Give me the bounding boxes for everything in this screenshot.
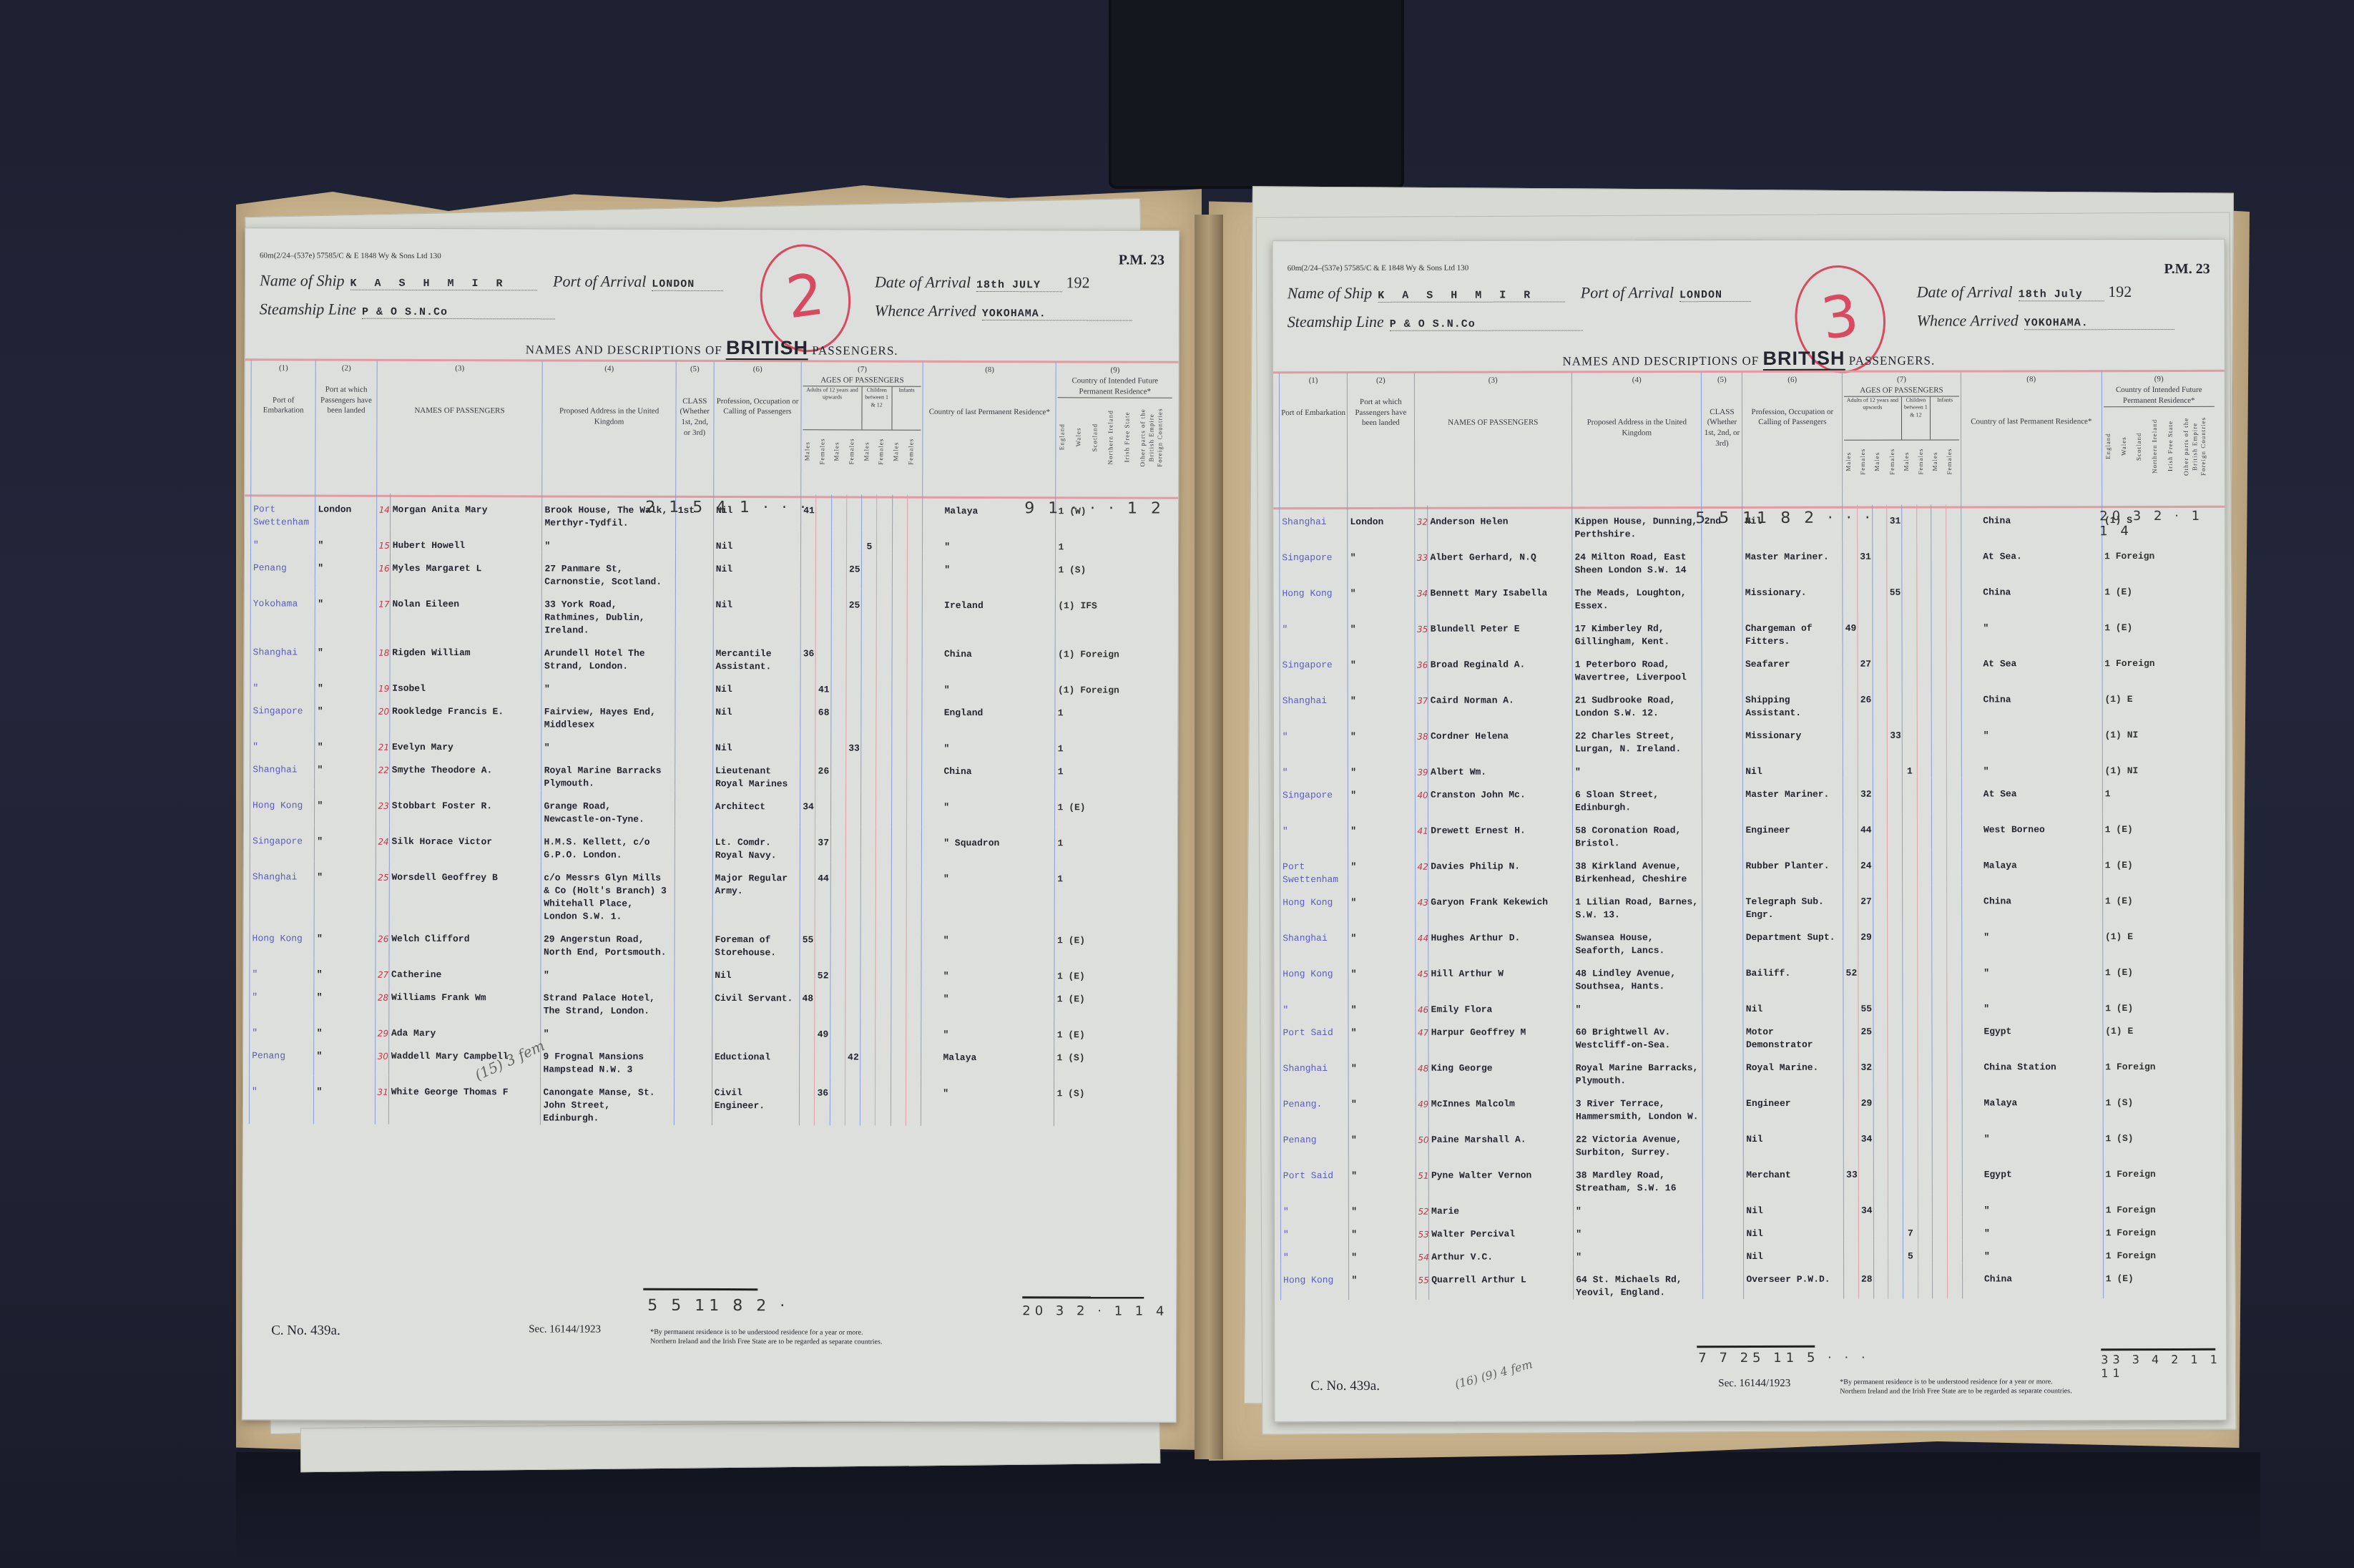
age-cell [906,1077,921,1126]
age-cell [816,530,831,553]
age-cell [830,755,845,790]
embarkation-port: Penang [250,552,315,587]
print-reference: 60m(2/24–(537e) 57585/C & E 1848 Wy & So… [260,251,441,260]
age-cell [1888,886,1903,921]
passenger-name: Harpur Geoffrey M [1428,1016,1573,1052]
age-cell [891,1077,906,1126]
col-header-ages: (7) AGES OF PASSENGERS Adults of 12 year… [1843,371,1961,504]
last-residence: Malaya [1961,849,2102,885]
last-residence: China [922,755,1055,791]
print-reference: 60m(2/24–(537e) 57585/C & E 1848 Wy & So… [1288,264,1469,273]
age-cell: 32 [1858,778,1873,814]
date-arrival-value: 18th JULY [976,279,1062,292]
port-arrival-field: Port of ArrivalLONDON [553,272,723,291]
age-cell: 25 [1858,1016,1873,1052]
age-cell [1888,993,1903,1016]
future-residence: 1 (E) [2102,576,2217,612]
col-header-future-residence: (9) Country of Intended Future Permanent… [2102,371,2216,504]
col-header-last-residence: (8)Country of last Permanent Residence* [1961,371,2102,504]
age-cell [860,1042,876,1077]
age-cell [830,862,845,923]
age-cell [1858,577,1873,612]
table-row: ""27Catherine"Nil52"1 (E) [250,958,1172,983]
future-residence: 1 (E) [2103,1263,2217,1298]
class [675,589,713,637]
class [1703,1217,1744,1240]
address: Grange Road, Newcastle-on-Tyne. [541,790,675,825]
age-cell: 48 [800,982,815,1018]
age-cell: 41 [815,673,830,696]
steamship-line-field: Steamship LineP & O S.N.Co [260,300,555,319]
age-cell [1858,1159,1873,1195]
col-header-address: (4)Proposed Address in the United Kingdo… [542,361,676,494]
age-cell: 49 [815,1018,830,1041]
age-cell [831,553,846,589]
embarkation-port: Singapore [1280,649,1348,685]
embarkation-port: Shanghai [250,753,315,789]
occupation: Engineer [1743,814,1843,850]
age-cell [860,1019,876,1042]
age-cell [1873,577,1888,612]
address: Royal Marine Barracks Plymouth. [541,754,675,790]
age-cell [1917,684,1932,720]
landing-port: " [315,672,376,695]
age-cell [892,697,907,732]
class [1702,541,1742,577]
landing-port: " [315,588,376,637]
table-row: Hong Kong"45Hill Arthur W48 Lindley Aven… [1280,956,2217,994]
age-cell [1843,577,1858,612]
passenger-name: Morgan Anita Mary [390,494,542,530]
age-cell [846,530,861,553]
occupation: Nil [713,673,800,696]
steamship-line-field: Steamship LineP & O S.N.Co [1288,312,1583,331]
class [675,732,712,755]
age-cell [861,827,876,863]
col-header-embarkation: (1)Port of Embarkation [1279,373,1348,506]
embarkation-port: Hong Kong [1280,886,1348,922]
age-cell: 27 [1858,648,1873,684]
table-row: Hong Kong"43Garyon Frank Kekewich1 Lilia… [1280,885,2217,922]
age-cell [1947,992,1962,1015]
age-cell [1843,1087,1858,1123]
passenger-name: Caird Norman A. [1428,684,1572,720]
age-cell: 33 [1844,1159,1859,1195]
form-code: P.M. 23 [1119,252,1164,268]
last-residence: Egypt [1962,1158,2103,1194]
future-residence: (1) E [2102,921,2217,956]
landing-port: " [1348,886,1415,922]
age-cell [1902,577,1917,612]
age-cell [1888,1123,1903,1159]
passenger-name: King George [1428,1052,1573,1087]
class [675,755,712,790]
class [675,637,713,673]
col-header-class: (5)CLASS (Whether 1st, 2nd, or 3rd) [1702,372,1742,505]
embarkation-port: " [1280,756,1348,779]
occupation: Foreman of Storehouse. [712,923,800,959]
age-cell [906,827,921,863]
address: 38 Mardley Road, Streatham, S.W. 16 [1573,1159,1702,1195]
age-cell [1888,1159,1903,1195]
occupation: Nil [1744,1217,1844,1240]
entry-number: 50 [1416,1124,1429,1160]
table-row: ""54Arthur V.C."Nil5"1 Foreign [1281,1240,2218,1264]
age-cell [1947,1015,1962,1051]
embarkation-port: Yokohama [250,587,315,636]
landing-port: " [1348,542,1414,577]
occupation: Master Mariner. [1743,778,1843,814]
class [1703,1087,1744,1123]
landing-port: " [315,861,376,923]
col-header-names: (3)NAMES OF PASSENGERS [1414,372,1572,505]
class [675,923,712,959]
address: 1 Lilian Road, Barnes, S.W. 13. [1573,886,1702,921]
residence-tally-handwritten: 9 1 · · · 1 2 [1024,499,1165,518]
future-residence: (1) NI [2102,755,2217,778]
age-cell: 34 [800,790,815,826]
class [674,1041,712,1077]
age-cell: 25 [846,589,861,637]
embarkation-port: " [1280,720,1348,756]
age-cell [876,732,891,755]
age-cell [1932,684,1947,720]
age-cell [877,554,892,589]
future-residence: 1 Foreign [2103,1217,2217,1240]
entry-number: 29 [375,1017,388,1040]
age-cell [1888,957,1903,993]
passenger-name: Smythe Theodore A. [389,754,541,790]
table-row: Shanghai"37Caird Norman A.21 Sudbrooke R… [1280,683,2217,720]
age-cell [1932,755,1947,778]
passenger-name: Hill Arthur W [1428,957,1573,993]
landing-port: " [315,731,376,754]
age-cell [1903,921,1918,957]
age-cell [1946,647,1961,683]
age-cell [861,697,876,732]
age-cell [1903,886,1918,921]
age-cell [1918,1016,1933,1052]
age-cell [860,960,876,983]
future-residence: (1) E [2102,683,2217,719]
embarkation-port: " [250,981,315,1016]
age-cell [907,589,922,638]
last-residence: " [923,531,1056,554]
address: " [1572,755,1702,778]
age-cell: 34 [1858,1123,1873,1159]
address: 22 Charles Street, Lurgan, N. Ireland. [1572,720,1702,755]
entry-number: 46 [1415,994,1428,1016]
age-cell [1917,612,1932,648]
class [675,959,712,982]
class [675,790,712,826]
age-cell: 32 [1858,1052,1873,1087]
age-cell [1932,957,1947,993]
age-cell: 37 [815,826,830,862]
age-cell [1858,957,1873,993]
address: Fairview, Hayes End, Middlesex [541,695,675,731]
age-cell [891,960,906,983]
age-cell [891,983,906,1019]
last-residence: " [1962,1122,2103,1158]
entry-number: 28 [375,981,388,1017]
embarkation-port: Shanghai [1280,685,1348,720]
class [675,530,713,553]
future-residence: (1) E [2103,1015,2217,1051]
class [1702,886,1743,921]
class [1702,778,1743,814]
age-cell [876,697,891,732]
address: 27 Panmare St, Carnonstie, Scotland. [542,552,675,588]
passenger-name: Emily Flora [1428,993,1573,1016]
age-cell [1948,1194,1963,1217]
embarkation-port: Hong Kong [250,922,315,958]
age-cell [847,494,862,530]
address: 9 Frognal Mansions Hampstead N.W. 3 [541,1040,674,1076]
age-cell: 42 [845,1041,860,1077]
age-cell [1933,1263,1948,1299]
age-cell [876,674,891,697]
future-residence: 1 (E) [2103,956,2217,992]
class [1702,814,1743,850]
future-residence: 1 (S) [2103,1087,2217,1122]
last-residence: Ireland [922,589,1055,638]
age-cell [1917,778,1932,814]
last-residence: " [921,1019,1054,1042]
landing-port: " [1348,851,1415,886]
occupation: Motor Demonstrator [1743,1016,1843,1052]
age-cell [830,1077,845,1125]
address: 33 York Road, Rathmines, Dublin, Ireland… [542,588,675,637]
address: Canongate Manse, St. John Street, Edinbu… [541,1076,674,1124]
age-cell [1902,720,1917,755]
age-cell [891,827,906,863]
age-cell [1932,993,1947,1016]
table-row: Penang"50Paine Marshall A.22 Victoria Av… [1280,1122,2217,1160]
address: 21 Sudbrooke Road, London S.W. 12. [1572,684,1702,720]
landing-port: " [1348,720,1415,756]
last-residence: " [1962,1194,2103,1217]
age-cell [1844,1263,1859,1299]
age-cell [831,589,846,637]
table-row: Hong Kong"55Quarrell Arthur L64 St. Mich… [1281,1263,2218,1300]
passenger-name: Stobbart Foster R. [389,790,541,826]
occupation: Master Mariner. [1742,541,1843,577]
future-residence: 1 (E) [2102,813,2217,849]
age-cell [1917,850,1932,886]
manifest-sheet-page-2: 60m(2/24–(537e) 57585/C & E 1848 Wy & So… [242,227,1180,1422]
landing-port: " [1348,613,1414,649]
table-row: Singapore"20Rookledge Francis E.Fairview… [250,695,1173,732]
occupation: Nil [713,530,800,553]
age-cell [800,959,815,982]
age-cell [908,495,923,531]
age-cell [1873,921,1888,957]
landing-port: " [1349,1195,1416,1218]
age-cell [1931,505,1946,541]
passenger-name: White George Thomas F [388,1076,541,1125]
embarkation-port: Singapore [250,695,315,730]
occupation: Missionary. [1742,577,1843,612]
occupation: Engineer [1744,1087,1844,1123]
landing-port: " [315,695,376,731]
age-cell [876,791,891,827]
age-cell [892,589,907,638]
future-residence: 1 (S) [1054,1077,1172,1126]
future-residence: (1) Foreign [1055,674,1172,697]
age-cell [1888,1016,1903,1052]
entry-number: 45 [1415,958,1428,994]
embarkation-port: Shanghai [1280,922,1348,958]
landing-port: " [314,923,375,959]
table-row: Port Said"51Pyne Walter Vernon38 Mardley… [1280,1158,2217,1195]
age-cell [1844,1240,1859,1263]
age-cell [1933,1240,1948,1263]
col-header-ages: (7) AGES OF PASSENGERS Adults of 12 year… [801,361,923,494]
class [674,1018,712,1041]
age-cell [845,862,860,923]
passenger-name: Garyon Frank Kekewich [1428,886,1573,921]
last-residence: Malaya [1962,1087,2103,1122]
embarkation-port: " [1280,1195,1348,1218]
age-cell [1903,1087,1918,1123]
entry-number: 42 [1415,851,1428,886]
title-british: BRITISH [1763,348,1845,371]
port-arrival-value: LONDON [652,278,723,291]
age-cell [1933,1195,1948,1217]
address: Swansea House, Seaforth, Lancs. [1573,921,1702,957]
age-cell [1873,1052,1888,1087]
last-residence: " [1962,992,2103,1015]
embarkation-port: " [250,1016,315,1039]
age-cell [1873,1195,1888,1217]
table-row: Hong Kong"23Stobbart Foster R.Grange Roa… [250,789,1172,827]
age-cell [891,863,906,924]
future-residence: (1) IFS [1056,589,1173,638]
age-cell [907,674,922,697]
age-tally-handwritten: 5 5 11 8 2 · · · [1695,509,1874,527]
age-cell [1947,755,1962,778]
title-prefix: NAMES AND DESCRIPTIONS OF [1562,354,1759,368]
age-cell [876,827,891,863]
age-cell [1888,850,1903,886]
landing-port: " [315,552,376,588]
col-header-address: (4)Proposed Address in the United Kingdo… [1572,372,1702,505]
class [675,553,713,589]
future-residence: 1 (E) [1054,1019,1172,1042]
occupation: Eductional [712,1041,799,1077]
age-cell [830,1018,845,1041]
form-title: NAMES AND DESCRIPTIONS OF BRITISH PASSEN… [245,335,1179,360]
age-cell [815,790,830,826]
age-cell [830,982,845,1018]
entry-number: 25 [376,861,389,923]
whence-label: Whence Arrived [875,302,976,320]
entry-number: 33 [1414,542,1428,577]
age-cell [815,923,830,959]
age-cell [801,553,816,589]
age-cell [876,960,891,983]
address: 22 Victoria Avenue, Surbiton, Surrey. [1573,1123,1702,1159]
age-cell [1887,612,1902,648]
entry-number: 21 [376,731,389,754]
date-arrival-value: 18th July [2019,288,2104,301]
age-cell [1931,541,1946,577]
embarkation-port: Shanghai [1280,506,1348,542]
age-cell [1858,612,1873,648]
age-cell [906,1019,921,1042]
steamship-line-value: P & O S.N.Co [362,306,555,320]
age-cell [1933,1052,1948,1087]
future-residence: 1 [2102,778,2217,813]
occupation: Rubber Planter. [1743,850,1843,886]
age-cell [1888,921,1903,957]
age-cell [876,924,891,960]
last-residence: " [1962,956,2103,992]
age-cell [1873,886,1888,921]
age-cell [1873,1123,1888,1159]
age-cell [815,982,830,1018]
class [675,826,712,862]
address: 38 Kirkland Avenue, Birkenhead, Cheshire [1573,850,1702,886]
occupation: Nil [713,553,800,589]
age-cell [877,531,892,554]
class [1702,921,1743,957]
entry-number: 30 [375,1040,388,1076]
age-cell: 27 [1858,886,1873,921]
occupation: Nil [712,959,800,982]
age-cell [830,790,845,826]
table-row: ""19Isobel"Nil41"(1) Foreign [250,672,1173,697]
occupation: Nil [1744,1195,1844,1217]
address: " [541,1017,674,1040]
age-cell [891,1042,906,1077]
future-residence: 1 (S) [1056,554,1173,589]
passenger-name: Drewett Ernest H. [1428,814,1573,850]
age-cell: 5 [862,531,877,554]
col-header-class: (5)CLASS (Whether 1st, 2nd, or 3rd) [675,361,714,494]
age-cell [907,554,922,589]
embarkation-port: Hong Kong [1280,958,1348,994]
table-row: Shanghai"48King GeorgeRoyal Marine Barra… [1280,1051,2217,1088]
table-row: Shanghai"22Smythe Theodore A.Royal Marin… [250,753,1173,791]
ship-name-field: Name of ShipK A S H M I R [260,271,537,290]
age-cell [1932,778,1947,814]
address: Kippen House, Dunning, Perthshire. [1572,505,1702,541]
age-cell [861,732,876,755]
passenger-name: Davies Philip N. [1428,850,1573,886]
embarkation-port: " [1281,1241,1349,1264]
age-cell [876,863,891,924]
table-row: Penang"30Waddell Mary Campbell9 Frognal … [250,1039,1172,1077]
age-cell: 36 [815,1077,830,1125]
occupation: Seafarer [1742,648,1843,684]
age-cell [1918,1217,1933,1240]
age-cell [862,495,877,531]
age-cell [877,495,892,531]
age-cell [1933,1217,1948,1240]
embarkation-port: Penang [250,1039,315,1075]
passenger-table: (1)Port of Embarkation (2)Port at which … [249,360,1174,1126]
occupation: Civil Servant. [712,982,800,1018]
passenger-name: Hubert Howell [390,529,542,553]
residence-tally-handwritten: 20 3 2 · 1 1 4 [2099,509,2225,539]
passenger-name: Walter Percival [1429,1217,1574,1240]
age-cell [891,924,906,960]
age-cell [1918,1123,1933,1159]
age-cell [862,554,877,589]
passenger-name: Cordner Helena [1428,720,1572,755]
